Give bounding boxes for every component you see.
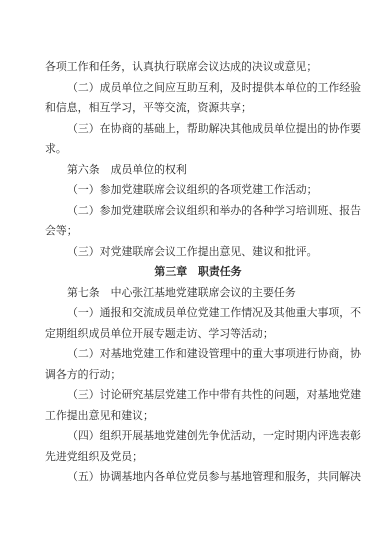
text-line: （三）讨论研究基层党建工作中带有共性的问题，对基地党建 <box>45 385 351 406</box>
text-line: 先进党组织及党员； <box>45 447 351 468</box>
text-line: （五）协调基地内各单位党员参与基地管理和服务，共同解决 <box>45 467 351 488</box>
text-line: 第七条 中心张江基地党建联席会议的主要任务 <box>45 283 351 304</box>
text-line: 工作提出意见和建议； <box>45 406 351 427</box>
text-line: 调各方的行动； <box>45 365 351 386</box>
text-line: 会等； <box>45 221 351 242</box>
text-line: （一）参加党建联席会议组织的各项党建工作活动； <box>45 180 351 201</box>
text-line: 各项工作和任务，认真执行联席会议达成的决议或意见； <box>45 57 351 78</box>
text-line: 求。 <box>45 139 351 160</box>
text-line: （四）组织开展基地党建创先争优活动，一定时期内评选表彰 <box>45 426 351 447</box>
text-line: 第六条 成员单位的权利 <box>45 160 351 181</box>
document-text: 各项工作和任务，认真执行联席会议达成的决议或意见；（二）成员单位之间应互助互利，… <box>45 57 351 488</box>
text-line: 和信息，相互学习，平等交流，资源共享； <box>45 98 351 119</box>
chapter-heading: 第三章 职责任务 <box>45 262 351 283</box>
text-line: （三）对党建联席会议工作提出意见、建议和批评。 <box>45 242 351 263</box>
document-page: 各项工作和任务，认真执行联席会议达成的决议或意见；（二）成员单位之间应互助互利，… <box>0 0 387 548</box>
text-line: （一）通报和交流成员单位党建工作情况及其他重大事项，不 <box>45 303 351 324</box>
text-line: （二）成员单位之间应互助互利，及时提供本单位的工作经验 <box>45 78 351 99</box>
text-line: 定期组织成员单位开展专题走访、学习等活动； <box>45 324 351 345</box>
text-line: （二）参加党建联席会议组织和举办的各种学习培训班、报告 <box>45 201 351 222</box>
text-line: （二）对基地党建工作和建设管理中的重大事项进行协商，协 <box>45 344 351 365</box>
text-line: （三）在协商的基础上，帮助解决其他成员单位提出的协作要 <box>45 119 351 140</box>
